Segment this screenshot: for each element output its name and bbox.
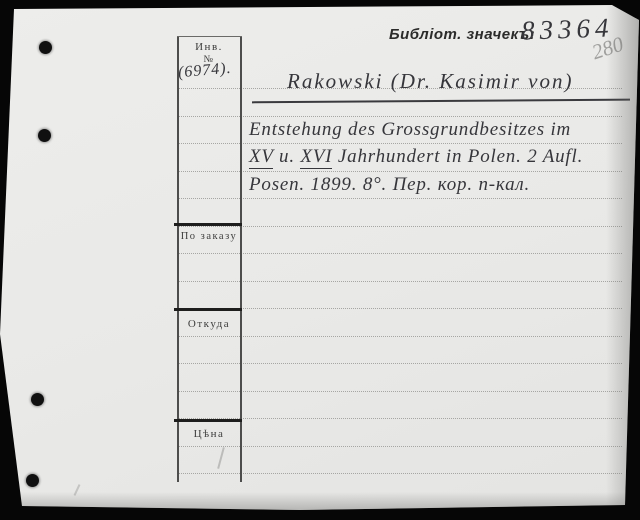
punch-hole [39,41,52,54]
entry-line-1: Entstehung des Grossgrundbesitzes im [249,119,571,141]
ruled-line [177,198,622,199]
ruled-line [177,253,622,254]
punch-hole [38,129,51,142]
ruled-line [177,418,622,419]
index-column-divider [174,223,242,226]
library-stamp-label: Библіот. значекъ: [389,26,535,43]
entry-line-3: Posen. 1899. 8°. Пер. кор. п-кал. [249,174,530,196]
ruled-line [177,143,622,144]
inventory-number-handwritten: (6974). [177,60,232,83]
pencil-smudge [217,447,225,469]
ruled-line [177,336,622,337]
scanned-catalog-card-page: Инв. № (6974). По заказу Откуда Цѣна Биб… [0,0,640,520]
entry-line-2-underlined: XV [249,146,273,169]
index-column-divider [174,308,242,311]
ruled-line [177,116,622,117]
index-column-divider [174,419,242,422]
order-label: По заказу [177,231,241,242]
author-underline [252,99,630,104]
punch-hole [26,474,39,487]
ruled-line [177,281,622,282]
entry-line-2-text: Jahrhundert in Polen. 2 Aufl. [332,146,583,167]
catalog-card: Инв. № (6974). По заказу Откуда Цѣна Биб… [0,0,640,520]
card-bottom-edge-shadow [0,492,640,510]
index-column-left-border [177,36,179,482]
card-right-edge-shadow [606,0,640,520]
ruled-line [177,391,622,392]
ruled-line [177,308,622,309]
ruled-line [177,226,622,227]
entry-line-2: XV u. XVI Jahrhundert in Polen. 2 Aufl. [249,146,583,168]
price-label: Цѣна [177,428,241,440]
entry-line-2-text: u. [273,146,300,167]
ruled-line [177,363,622,364]
entry-line-2-underlined: XVI [300,146,332,169]
origin-label: Откуда [177,318,241,330]
ruled-line [177,171,622,172]
inventory-label: Инв. [177,41,241,53]
ruled-line [177,446,622,447]
index-column-top-border [177,36,242,37]
ruled-line [177,473,622,474]
index-column-right-border [240,36,242,482]
punch-hole [31,393,44,406]
author-heading: Rakowski (Dr. Kasimir von) [287,69,574,94]
